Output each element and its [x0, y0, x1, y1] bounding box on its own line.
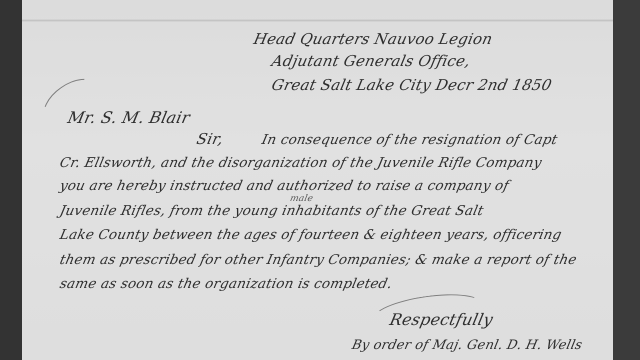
body-line-7: same as soon as the organization is comp…	[58, 276, 393, 292]
body-line-4: Juvenile Rifles, from the young inhabita…	[58, 203, 485, 219]
paper-fold-line	[22, 19, 613, 22]
body-line-1: In consequence of the resignation of Cap…	[260, 132, 559, 148]
body-line-6: them as prescribed for other Infantry Co…	[58, 252, 578, 268]
scan-border-right	[613, 0, 640, 360]
body-line-3: you are hereby instructed and authorized…	[58, 178, 510, 194]
body-line-5: Lake County between the ages of fourteen…	[58, 227, 563, 243]
signature-line: By order of Maj. Genl. D. H. Wells	[350, 338, 583, 353]
letter-page: Head Quarters Nauvoo Legion Adjutant Gen…	[22, 0, 613, 360]
heading-line-1: Head Quarters Nauvoo Legion	[252, 30, 494, 48]
addressee: Mr. S. M. Blair	[66, 108, 192, 127]
heading-line-2: Adjutant Generals Office,	[270, 52, 472, 70]
heading-line-3: Great Salt Lake City Decr 2nd 1850	[270, 76, 553, 94]
body-line-2: Cr. Ellsworth, and the disorganization o…	[58, 155, 543, 171]
salutation: Sir,	[195, 130, 225, 148]
scan-border-left	[0, 0, 22, 360]
closing: Respectfully	[388, 310, 495, 329]
